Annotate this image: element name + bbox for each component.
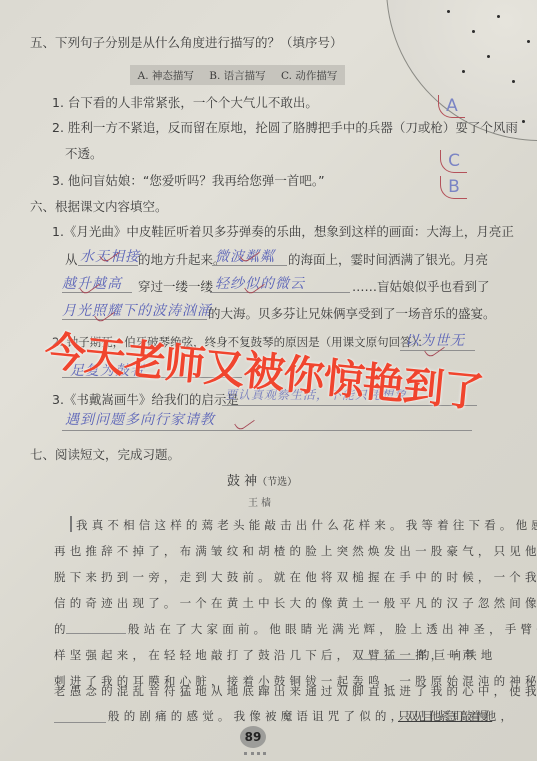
s6-q1-through: 穿过一缕一缕 [138, 277, 213, 295]
s6-q1-from: 从 [65, 250, 78, 268]
s5-item-1: 1. 台下看的人非常紧张，一个个大气儿不敢出。 [52, 93, 318, 111]
passage-line-8: 老愚念的混乱音符猛地从地底蹿出来通过双脚直抵进了我的心中，使我有了一种 [54, 683, 537, 699]
section7-heading: 七、阅读短文，完成习题。 [30, 445, 180, 463]
answer-1: A [438, 95, 465, 118]
passage-line-5b: 般站在了大家面前。他眼睛光满光辉，脸上透出神圣，手臂像钢铁一 [128, 621, 537, 637]
section5-heading: 五、下列句子分别是从什么角度进行描写的？（填序号） [30, 33, 343, 51]
passage-line-9b: 只见他急敲慢 [398, 708, 492, 724]
s5-item-2: 2. 胜利一方不紧追，反而留在原地，抡圆了胳膊把手中的兵器（刀或枪）耍了个风雨 [52, 118, 518, 136]
passage-line-2: 再也推辞不掉了，布满皱纹和胡楂的脸上突然焕发出一股豪气，只见他把棉袄 [54, 543, 537, 559]
answer-2: C [440, 150, 467, 173]
passage-title: 鼓 神（节选） [227, 470, 297, 489]
answer-3: B [440, 176, 467, 199]
s6-q1-post: 的海面上，霎时间洒满了银光。月亮 [288, 250, 488, 268]
section6-heading: 六、根据课文内容填空。 [30, 197, 168, 215]
passage-line-5a: 的 [54, 621, 70, 637]
blank-3 [54, 722, 106, 723]
passage-line-6b: 的巨响铁地 [418, 647, 497, 663]
mascot-feet-icon [244, 747, 266, 755]
worksheet-page: 五、下列句子分别是从什么角度进行描写的？（填序号） A. 神态描写 B. 语言描… [0, 0, 537, 761]
option-b: B. 语言描写 [209, 68, 265, 83]
s6-q1-line1: 1.《月光曲》中皮鞋匠听着贝多芬弹奏的乐曲，想象到这样的画面：大海上，月亮正 [52, 222, 514, 240]
blank-1 [66, 633, 126, 634]
s6-q1-end: 的大海。贝多芬让兄妹俩享受到了一场音乐的盛宴。 [208, 304, 496, 322]
page-number: 89 [240, 726, 266, 748]
passage-line-3: 脱下来扔到一旁，走到大鼓前。就在他将双槌握在手中的时候，一个我不敢相 [54, 569, 537, 585]
passage-line-6a: 样坚强起来，在轻轻地敲打了鼓沿几下后，双臂猛一挥，一声 [54, 647, 478, 663]
passage-line-4: 信的奇迹出现了。一个在黄土中长大的像黄土一般平凡的汉子忽然间像天神似 [54, 595, 537, 611]
q3-answer-2: 遇到问题多向行家请教 [65, 409, 215, 429]
option-a: A. 神态描写 [138, 68, 194, 83]
passage-line-1: 我真不相信这样的蔫老头能敲击出什么花样来。我等着往下看。他感到 [76, 517, 537, 533]
check-mark-icon [234, 413, 255, 431]
fill-answer-5: 月光照耀下的波涛汹涌 [62, 300, 212, 320]
options-bar: A. 神态描写 B. 语言描写 C. 动作描写 [130, 65, 345, 85]
option-c: C. 动作描写 [281, 68, 337, 83]
s5-item-3: 3. 他问盲姑娘：“您爱听吗？我再给您弹一首吧。” [52, 171, 325, 189]
passage-author: 王 樯 [248, 494, 271, 509]
passage-marker [70, 516, 72, 532]
s5-item-2-cont: 不透。 [65, 144, 103, 162]
blank-2 [357, 659, 415, 660]
s6-q1-blind-girl: ……盲姑娘似乎也看到了 [352, 277, 490, 295]
